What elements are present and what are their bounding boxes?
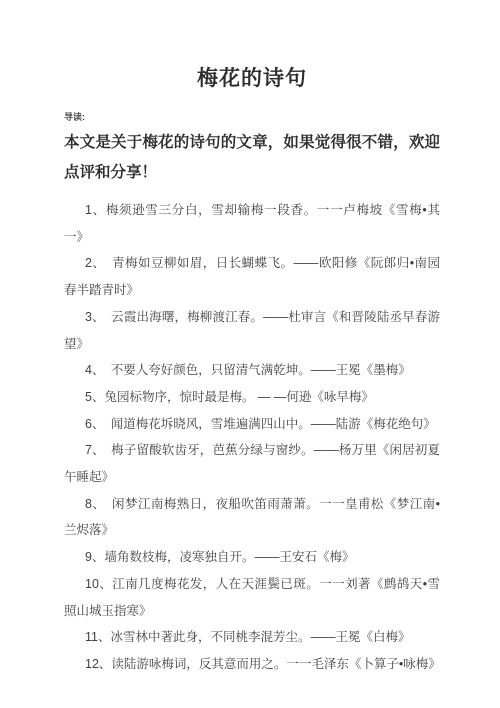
poem-list: 1、梅须逊雪三分白，雪却输梅一段香。一一卢梅坡《雪梅•其一》 2、 青梅如豆柳如… bbox=[64, 197, 440, 678]
poem-item-5: 5、兔园标物序，惊时最是梅。 — —何逊《咏早梅》 bbox=[64, 384, 440, 411]
poem-item-11: 11、冰雪林中著此身，不同桃李混芳尘。——王冕《白梅》 bbox=[64, 624, 440, 651]
poem-item-12: 12、读陆游咏梅词，反其意而用之。一一毛泽东《卜算子•咏梅》 bbox=[64, 651, 440, 678]
poem-item-9: 9、墙角数枝梅，凌寒独自开。——王安石《梅》 bbox=[64, 544, 440, 571]
document-page: 梅花的诗句 导读: 本文是关于梅花的诗句的文章，如果觉得很不错，欢迎点评和分享！… bbox=[0, 0, 500, 708]
poem-item-6: 6、 闻道梅花坼晓风，雪堆遍满四山中。——陆游《梅花绝句》 bbox=[64, 411, 440, 438]
poem-item-7: 7、 梅子留酸软齿牙，芭蕉分绿与窗纱。——杨万里《闲居初夏午睡起》 bbox=[64, 437, 440, 490]
poem-item-10: 10、江南几度梅花发，人在天涯鬓已斑。一一刘著《鹧鸪天•雪照山城玉指寒》 bbox=[64, 571, 440, 624]
document-content: 梅花的诗句 导读: 本文是关于梅花的诗句的文章，如果觉得很不错，欢迎点评和分享！… bbox=[0, 0, 500, 678]
poem-item-8: 8、 闲梦江南梅熟日，夜船吹笛雨萧萧。一一皇甫松《梦江南•兰烬落》 bbox=[64, 491, 440, 544]
poem-item-2: 2、 青梅如豆柳如眉，日长蝴蝶飞。——欧阳修《阮郎归•南园春半踏青时》 bbox=[64, 250, 440, 303]
intro-text: 本文是关于梅花的诗句的文章，如果觉得很不错，欢迎点评和分享！ bbox=[64, 128, 440, 188]
page-title: 梅花的诗句 bbox=[64, 62, 440, 92]
poem-item-1: 1、梅须逊雪三分白，雪却输梅一段香。一一卢梅坡《雪梅•其一》 bbox=[64, 197, 440, 250]
lead-label: 导读: bbox=[64, 110, 440, 123]
poem-item-3: 3、 云霞出海曙，梅柳渡江春。——杜审言《和晋陵陆丞早春游望》 bbox=[64, 304, 440, 357]
poem-item-4: 4、 不要人夸好颜色，只留清气满乾坤。——王冕《墨梅》 bbox=[64, 357, 440, 384]
